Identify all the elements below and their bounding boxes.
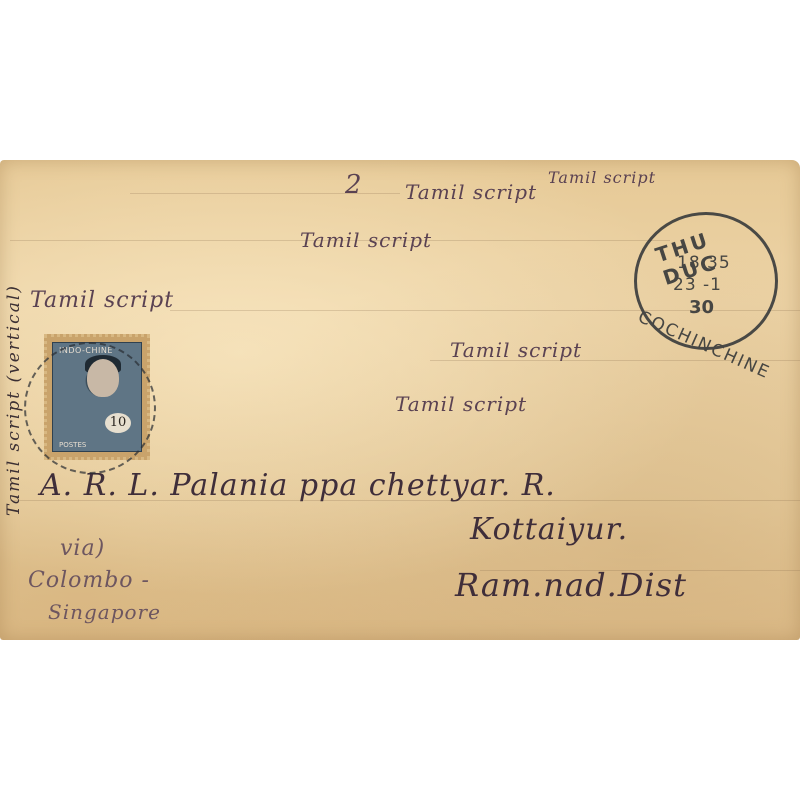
via-singapore: Singapore bbox=[48, 600, 161, 624]
via-colombo: Colombo - bbox=[28, 568, 150, 593]
address-line-3: Ram.nad.Dist bbox=[455, 566, 687, 604]
handwriting-line-3: Tamil script bbox=[30, 288, 174, 313]
handwriting-line-1: Tamil script bbox=[405, 180, 537, 204]
handwriting-line-4: Tamil script bbox=[450, 338, 582, 362]
postmark-date: 23 -1 bbox=[673, 275, 722, 295]
address-line-2: Kottaiyur. bbox=[470, 512, 628, 547]
postmark: THU DUC 18 35 23 -1 30 COCHINCHINE bbox=[634, 212, 778, 350]
handwriting-number: 2 bbox=[345, 170, 363, 200]
via-label: via) bbox=[60, 536, 105, 561]
stamp-cancellation bbox=[24, 342, 156, 474]
handwriting-line-2: Tamil script bbox=[300, 228, 432, 252]
handwriting-line-5: Tamil script bbox=[395, 392, 527, 416]
handwriting-line-1-right: Tamil script bbox=[548, 168, 656, 187]
postmark-year: 30 bbox=[689, 297, 714, 318]
address-line-1: A. R. L. Palania ppa chettyar. R. bbox=[40, 468, 556, 503]
postmark-time: 18 35 bbox=[677, 253, 731, 273]
